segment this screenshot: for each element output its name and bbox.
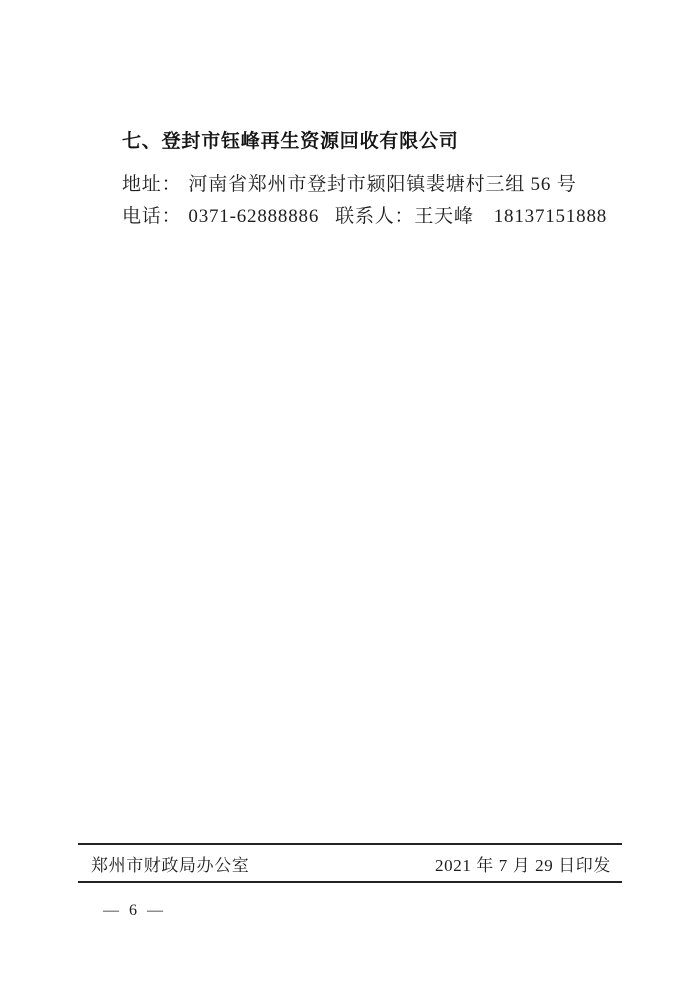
contact-line: 电话：0371-62888886联系人：王天峰18137151888 <box>122 201 607 228</box>
page-number: — 6 — <box>103 902 166 920</box>
footer-issuer: 郑州市财政局办公室 <box>91 851 249 876</box>
section-heading: 七、登封市钰峰再生资源回收有限公司 <box>122 126 459 153</box>
address-line: 地址：河南省郑州市登封市颍阳镇裴塘村三组 56 号 <box>122 169 577 196</box>
address-label: 地址： <box>122 174 181 195</box>
phone-number: 0371-62888886 <box>188 206 319 227</box>
footer-print-date: 2021 年 7 月 29 日印发 <box>435 851 611 876</box>
address-value: 河南省郑州市登封市颍阳镇裴塘村三组 56 号 <box>188 174 576 195</box>
contact-label: 联系人： <box>335 206 414 227</box>
document-page: 七、登封市钰峰再生资源回收有限公司 地址：河南省郑州市登封市颍阳镇裴塘村三组 5… <box>0 0 700 991</box>
phone-label: 电话： <box>122 206 181 227</box>
footer-rule-box: 郑州市财政局办公室 2021 年 7 月 29 日印发 <box>78 843 622 883</box>
contact-name: 王天峰 <box>414 206 473 227</box>
mobile-number: 18137151888 <box>494 206 607 227</box>
